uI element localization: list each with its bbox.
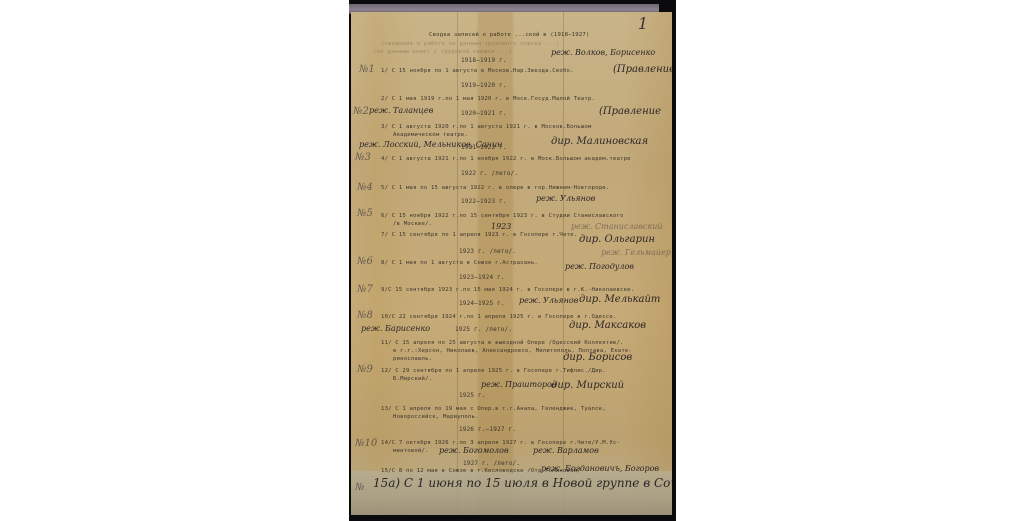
header-faint-line: (по данным анкет / трудовой книжки ...) xyxy=(373,49,512,55)
year-heading: 1924–1925 г. xyxy=(459,300,505,307)
year-heading: 1923–1924 г. xyxy=(459,274,505,281)
marginal-number: №6 xyxy=(357,256,373,267)
handwritten-note: (Правление xyxy=(613,64,672,75)
entry-text: 2/ С 1 мая 1919 г.по 1 мая 1920 г. в Мос… xyxy=(381,96,595,102)
marginal-number: №8 xyxy=(357,310,373,321)
handwritten-note: дир. Ольгарин xyxy=(579,234,655,245)
entry-text-cont: ринославль. xyxy=(393,356,432,362)
handwritten-note: (Правление xyxy=(599,106,661,117)
entry-text: 11/ С 15 апреля по 25 августа в выездной… xyxy=(381,340,624,346)
handwritten-entry: 15а) С 1 июня по 15 июля в Новой группе … xyxy=(373,476,672,490)
handwritten-note: реж. Ульянов xyxy=(536,194,595,203)
entry-text: 1/ С 15 ноября по 1 августа в Москов.Нар… xyxy=(381,68,574,74)
handwritten-note: дир. Мелькайт xyxy=(579,294,660,305)
marginal-number: №4 xyxy=(357,182,373,193)
marginal-number: №1 xyxy=(359,64,375,75)
handwritten-note: дир. Максаков xyxy=(569,320,646,331)
marginal-number: № xyxy=(355,482,364,493)
handwritten-note: реж. Таланцев xyxy=(369,106,433,115)
handwritten-note: 1923 xyxy=(491,222,511,231)
entry-text: 4/ С 1 августа 1921 г.по 1 ноября 1922 г… xyxy=(381,156,631,162)
marginal-number: №3 xyxy=(355,152,371,163)
handwritten-note: реж. Богомолов xyxy=(439,446,509,455)
handwritten-note: реж. Богдановичъ, Богоров xyxy=(541,464,659,473)
page-number: 1 xyxy=(638,14,648,33)
marginal-number: №5 xyxy=(357,208,373,219)
handwritten-note: реж. Станиславский xyxy=(571,222,663,231)
entry-text-cont: Новороссийск, Мариуполь. xyxy=(393,414,479,420)
entry-text: 9/С 15 сентября 1923 г.по 15 мая 1924 г.… xyxy=(381,287,634,293)
document-scan: 1 Сводка записей о работе ...ской в (191… xyxy=(349,0,676,521)
handwritten-note: реж. Прашторов xyxy=(481,380,556,389)
year-heading: 1926 г.–1927 г. xyxy=(459,426,516,433)
entry-text: 8/ С 1 мая по 1 августа в Союзе г.Астрах… xyxy=(381,260,538,266)
entry-text-cont: Академическом театре. xyxy=(393,132,468,138)
year-heading: 1927 г. /лето/. xyxy=(463,460,520,467)
document-title: Сводка записей о работе ...ской в (1918–… xyxy=(429,32,590,38)
year-heading: 1921–1922 г. xyxy=(461,144,507,151)
handwritten-note: реж. Ульянов xyxy=(519,296,578,305)
handwritten-note: дир. Мирский xyxy=(551,380,624,391)
year-heading: 1925 г. /лето/. xyxy=(455,326,512,333)
entry-text: 7/ С 15 сентября по 1 апреля 1923 г. в Г… xyxy=(381,232,577,238)
entry-text-cont: /в Москве/. xyxy=(393,221,432,227)
year-heading: 1919–1920 г. xyxy=(461,82,507,89)
year-heading: 1918–1919 г. xyxy=(461,57,507,64)
entry-text-cont: Б.Мирский/. xyxy=(393,376,432,382)
year-heading: 1923 г. /лето/. xyxy=(459,248,516,255)
marginal-number: №9 xyxy=(357,364,373,375)
entry-text: 5/ С 1 мая по 15 августа 1922 г. в опере… xyxy=(381,185,609,191)
marginal-number: №2 xyxy=(353,106,369,117)
handwritten-note: реж. Барисенко xyxy=(361,324,430,333)
entry-text: 13/ С 1 апреля по 19 мая с Опер.в г.г.Ан… xyxy=(381,406,606,412)
handwritten-note: дир. Малиновская xyxy=(551,136,648,147)
handwritten-note: реж. Волков, Борисенко xyxy=(551,48,655,57)
entry-text-cont: ментовой/. xyxy=(393,448,429,454)
year-heading: 1925 г. xyxy=(459,392,486,399)
entry-text: 3/ С 1 августа 1920 г.по 1 августа 1921 … xyxy=(381,124,592,130)
handwritten-note: дир. Борисов xyxy=(563,352,632,363)
year-heading: 1922–1923 г. xyxy=(461,198,507,205)
paper-sheet: 1 Сводка записей о работе ...ской в (191… xyxy=(351,12,672,515)
marginal-number: №10 xyxy=(355,438,377,449)
handwritten-note: реж. Варламов xyxy=(533,446,599,455)
entry-text: 6/ С 15 ноября 1922 г.по 15 сентября 192… xyxy=(381,213,624,219)
marginal-number: №7 xyxy=(357,284,373,295)
entry-text: 12/ С 29 сентября по 1 апреля 1925 г. в … xyxy=(381,368,606,374)
header-faint-line: (сведения о работе по данным трудового с… xyxy=(381,41,559,47)
year-heading: 1922 г. /лето/. xyxy=(461,170,518,177)
handwritten-note: реж. Гельмайер xyxy=(601,248,671,257)
year-heading: 1920–1921 г. xyxy=(461,110,507,117)
handwritten-note: реж. Погодулов xyxy=(565,262,634,271)
